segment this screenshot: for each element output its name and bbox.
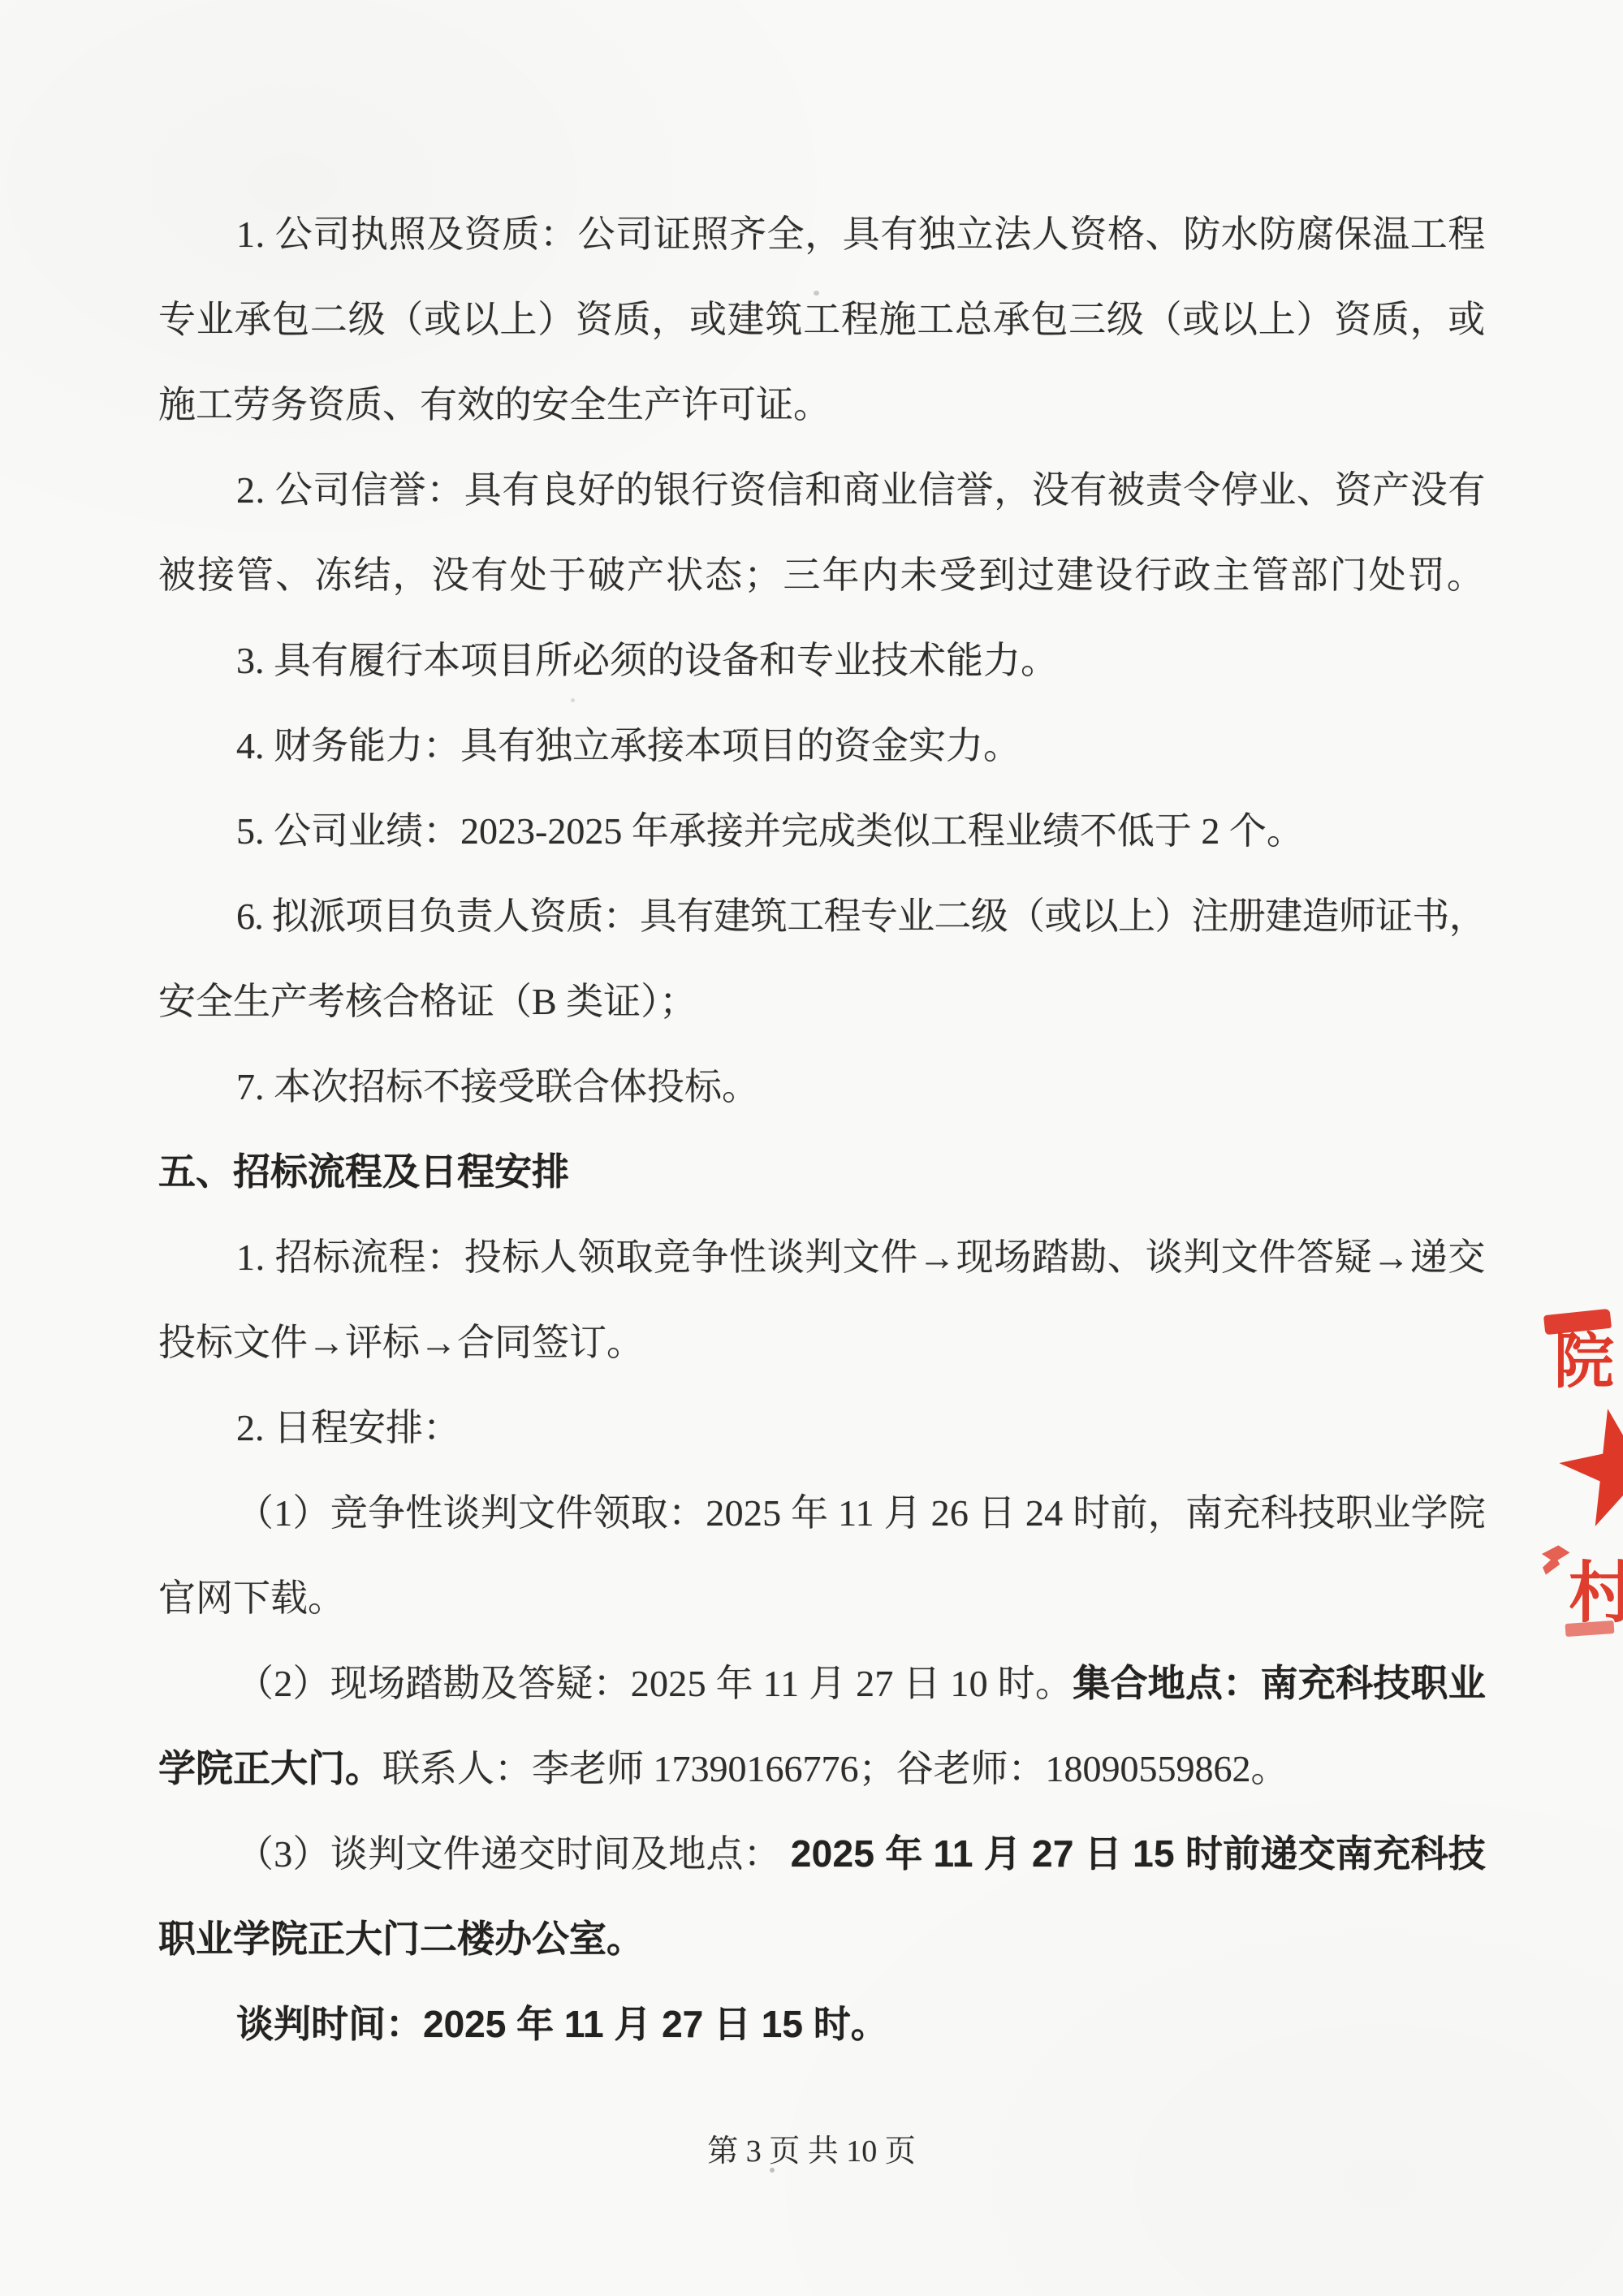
document-line: 安全生产考核合格证（B 类证）； — [158, 959, 1486, 1044]
section-heading: 五、招标流程及日程安排 — [158, 1129, 1486, 1215]
line-text: 1. 公司执照及资质：公司证照齐全，具有独立法人资格、防水防腐保温工程 — [236, 214, 1486, 255]
bold-segment: 集合地点：南充科技职业 — [1073, 1662, 1486, 1704]
document-line: 谈判时间：2025 年 11 月 27 日 15 时。 — [158, 1982, 1486, 2067]
bold-segment: 谈判时间：2025 年 11 月 27 日 15 时。 — [236, 2003, 888, 2045]
text-segment: 6. 拟派项目负责人资质：具有建筑工程专业二级（或以上）注册建造师证书， — [236, 896, 1486, 937]
seal-arc-bottom — [1565, 1621, 1615, 1637]
bold-segment: 职业学院正大门二楼办公室。 — [158, 1918, 644, 1960]
text-segment: 官网下载。 — [158, 1577, 345, 1619]
document-line: （2）现场踏勘及答疑：2025 年 11 月 27 日 10 时。集合地点：南充… — [158, 1641, 1486, 1726]
seal-bottom-char: 村 — [1569, 1560, 1623, 1627]
text-segment: 施工劳务资质、有效的安全生产许可证。 — [158, 384, 831, 425]
page: 1. 公司执照及资质：公司证照齐全，具有独立法人资格、防水防腐保温工程专业承包二… — [0, 0, 1623, 2296]
text-segment: 3. 具有履行本项目所必须的设备和专业技术能力。 — [236, 640, 1058, 681]
document-line: 官网下载。 — [158, 1556, 1486, 1641]
text-segment: （2）现场踏勘及答疑：2025 年 11 月 27 日 10 时。 — [236, 1663, 1073, 1704]
bold-segment: 学院正大门。 — [158, 1747, 382, 1789]
line-text: 五、招标流程及日程安排 — [158, 1151, 569, 1193]
line-text: 7. 本次招标不接受联合体投标。 — [236, 1066, 759, 1107]
document-line: 职业学院正大门二楼办公室。 — [158, 1897, 1486, 1982]
document-line: 专业承包二级（或以上）资质，或建筑工程施工总承包三级（或以上）资质，或 — [158, 277, 1486, 362]
footer-page-number: 第 3 页 共 10 页 — [0, 2132, 1623, 2171]
line-text: 专业承包二级（或以上）资质，或建筑工程施工总承包三级（或以上）资质，或 — [158, 299, 1486, 340]
document-line: 学院正大门。联系人：李老师 17390166776；谷老师：1809055986… — [158, 1726, 1486, 1811]
line-text: 投标文件→评标→合同签订。 — [158, 1322, 644, 1363]
text-segment: 2. 公司信誉：具有良好的银行资信和商业信誉，没有被责令停业、资产没有 — [236, 469, 1486, 511]
text-segment: 5. 公司业绩：2023-2025 年承接并完成类似工程业绩不低于 2 个。 — [236, 810, 1304, 852]
document-line: 2. 日程安排： — [158, 1385, 1486, 1470]
text-segment: 联系人：李老师 17390166776；谷老师：18090559862。 — [382, 1748, 1288, 1789]
line-text: 职业学院正大门二楼办公室。 — [158, 1918, 644, 1960]
document-line: 3. 具有履行本项目所必须的设备和专业技术能力。 — [158, 618, 1486, 703]
text-segment: 专业承包二级（或以上）资质，或建筑工程施工总承包三级（或以上）资质，或 — [158, 299, 1486, 340]
document-line: （3）谈判文件递交时间及地点： 2025 年 11 月 27 日 15 时前递交… — [158, 1811, 1486, 1897]
text-segment: 投标文件→评标→合同签订。 — [158, 1322, 644, 1363]
document-line: 被接管、冻结，没有处于破产状态；三年内未受到过建设行政主管部门处罚。 — [158, 533, 1486, 618]
scan-speck — [814, 291, 819, 296]
seal-ring-char: 院 — [1554, 1331, 1614, 1392]
line-text: 学院正大门。联系人：李老师 17390166776；谷老师：1809055986… — [158, 1748, 1288, 1789]
line-text: （3）谈判文件递交时间及地点： 2025 年 11 月 27 日 15 时前递交… — [236, 1833, 1486, 1875]
document-line: （1）竞争性谈判文件领取：2025 年 11 月 26 日 24 时前，南充科技… — [158, 1470, 1486, 1556]
line-text: 官网下载。 — [158, 1577, 345, 1619]
line-text: 施工劳务资质、有效的安全生产许可证。 — [158, 384, 831, 425]
line-text: 3. 具有履行本项目所必须的设备和专业技术能力。 — [236, 640, 1058, 681]
document-line: 4. 财务能力：具有独立承接本项目的资金实力。 — [158, 703, 1486, 788]
line-text: 1. 招标流程：投标人领取竞争性谈判文件→现场踏勘、谈判文件答疑→递交 — [236, 1236, 1486, 1278]
document-line: 1. 公司执照及资质：公司证照齐全，具有独立法人资格、防水防腐保温工程 — [158, 192, 1486, 277]
scan-speck — [571, 698, 575, 702]
line-text: 2. 公司信誉：具有良好的银行资信和商业信誉，没有被责令停业、资产没有 — [236, 469, 1486, 511]
line-text: 2. 日程安排： — [236, 1407, 460, 1448]
line-text: 4. 财务能力：具有独立承接本项目的资金实力。 — [236, 725, 1021, 766]
text-segment: （1）竞争性谈判文件领取：2025 年 11 月 26 日 24 时前，南充科技… — [236, 1492, 1486, 1534]
text-segment: （3）谈判文件递交时间及地点： — [236, 1833, 791, 1875]
document-line: 5. 公司业绩：2023-2025 年承接并完成类似工程业绩不低于 2 个。 — [158, 788, 1486, 874]
text-segment: 1. 公司执照及资质：公司证照齐全，具有独立法人资格、防水防腐保温工程 — [236, 214, 1486, 255]
text-segment: 被接管、冻结，没有处于破产状态；三年内未受到过建设行政主管部门处罚。 — [158, 555, 1486, 596]
official-seal-fragment: 院 ★ 村 — [1535, 1299, 1623, 1648]
line-text: 谈判时间：2025 年 11 月 27 日 15 时。 — [236, 2004, 888, 2045]
text-segment: 安全生产考核合格证（B 类证）； — [158, 981, 697, 1022]
document-line: 7. 本次招标不接受联合体投标。 — [158, 1044, 1486, 1129]
line-text: 安全生产考核合格证（B 类证）； — [158, 981, 697, 1022]
star-icon: ★ — [1545, 1394, 1623, 1544]
document-body: 1. 公司执照及资质：公司证照齐全，具有独立法人资格、防水防腐保温工程专业承包二… — [158, 192, 1486, 2067]
text-segment: 4. 财务能力：具有独立承接本项目的资金实力。 — [236, 725, 1021, 766]
text-segment: 2. 日程安排： — [236, 1407, 460, 1448]
line-text: 被接管、冻结，没有处于破产状态；三年内未受到过建设行政主管部门处罚。 — [158, 555, 1486, 596]
line-text: （1）竞争性谈判文件领取：2025 年 11 月 26 日 24 时前，南充科技… — [236, 1492, 1486, 1534]
document-line: 投标文件→评标→合同签订。 — [158, 1300, 1486, 1385]
text-segment: 1. 招标流程：投标人领取竞争性谈判文件→现场踏勘、谈判文件答疑→递交 — [236, 1236, 1486, 1278]
document-line: 6. 拟派项目负责人资质：具有建筑工程专业二级（或以上）注册建造师证书， — [158, 874, 1486, 959]
document-line: 施工劳务资质、有效的安全生产许可证。 — [158, 362, 1486, 447]
bold-segment: 2025 年 11 月 27 日 15 时前递交南充科技 — [791, 1832, 1486, 1875]
seal-ink-fleck — [1539, 1543, 1571, 1577]
text-segment: 7. 本次招标不接受联合体投标。 — [236, 1066, 759, 1107]
line-text: 6. 拟派项目负责人资质：具有建筑工程专业二级（或以上）注册建造师证书， — [236, 896, 1486, 937]
document-line: 2. 公司信誉：具有良好的银行资信和商业信誉，没有被责令停业、资产没有 — [158, 447, 1486, 533]
scan-speck — [770, 2168, 775, 2173]
line-text: （2）现场踏勘及答疑：2025 年 11 月 27 日 10 时。集合地点：南充… — [236, 1663, 1486, 1704]
line-text: 5. 公司业绩：2023-2025 年承接并完成类似工程业绩不低于 2 个。 — [236, 810, 1304, 852]
document-line: 1. 招标流程：投标人领取竞争性谈判文件→现场踏勘、谈判文件答疑→递交 — [158, 1215, 1486, 1300]
bold-segment: 五、招标流程及日程安排 — [158, 1150, 569, 1193]
